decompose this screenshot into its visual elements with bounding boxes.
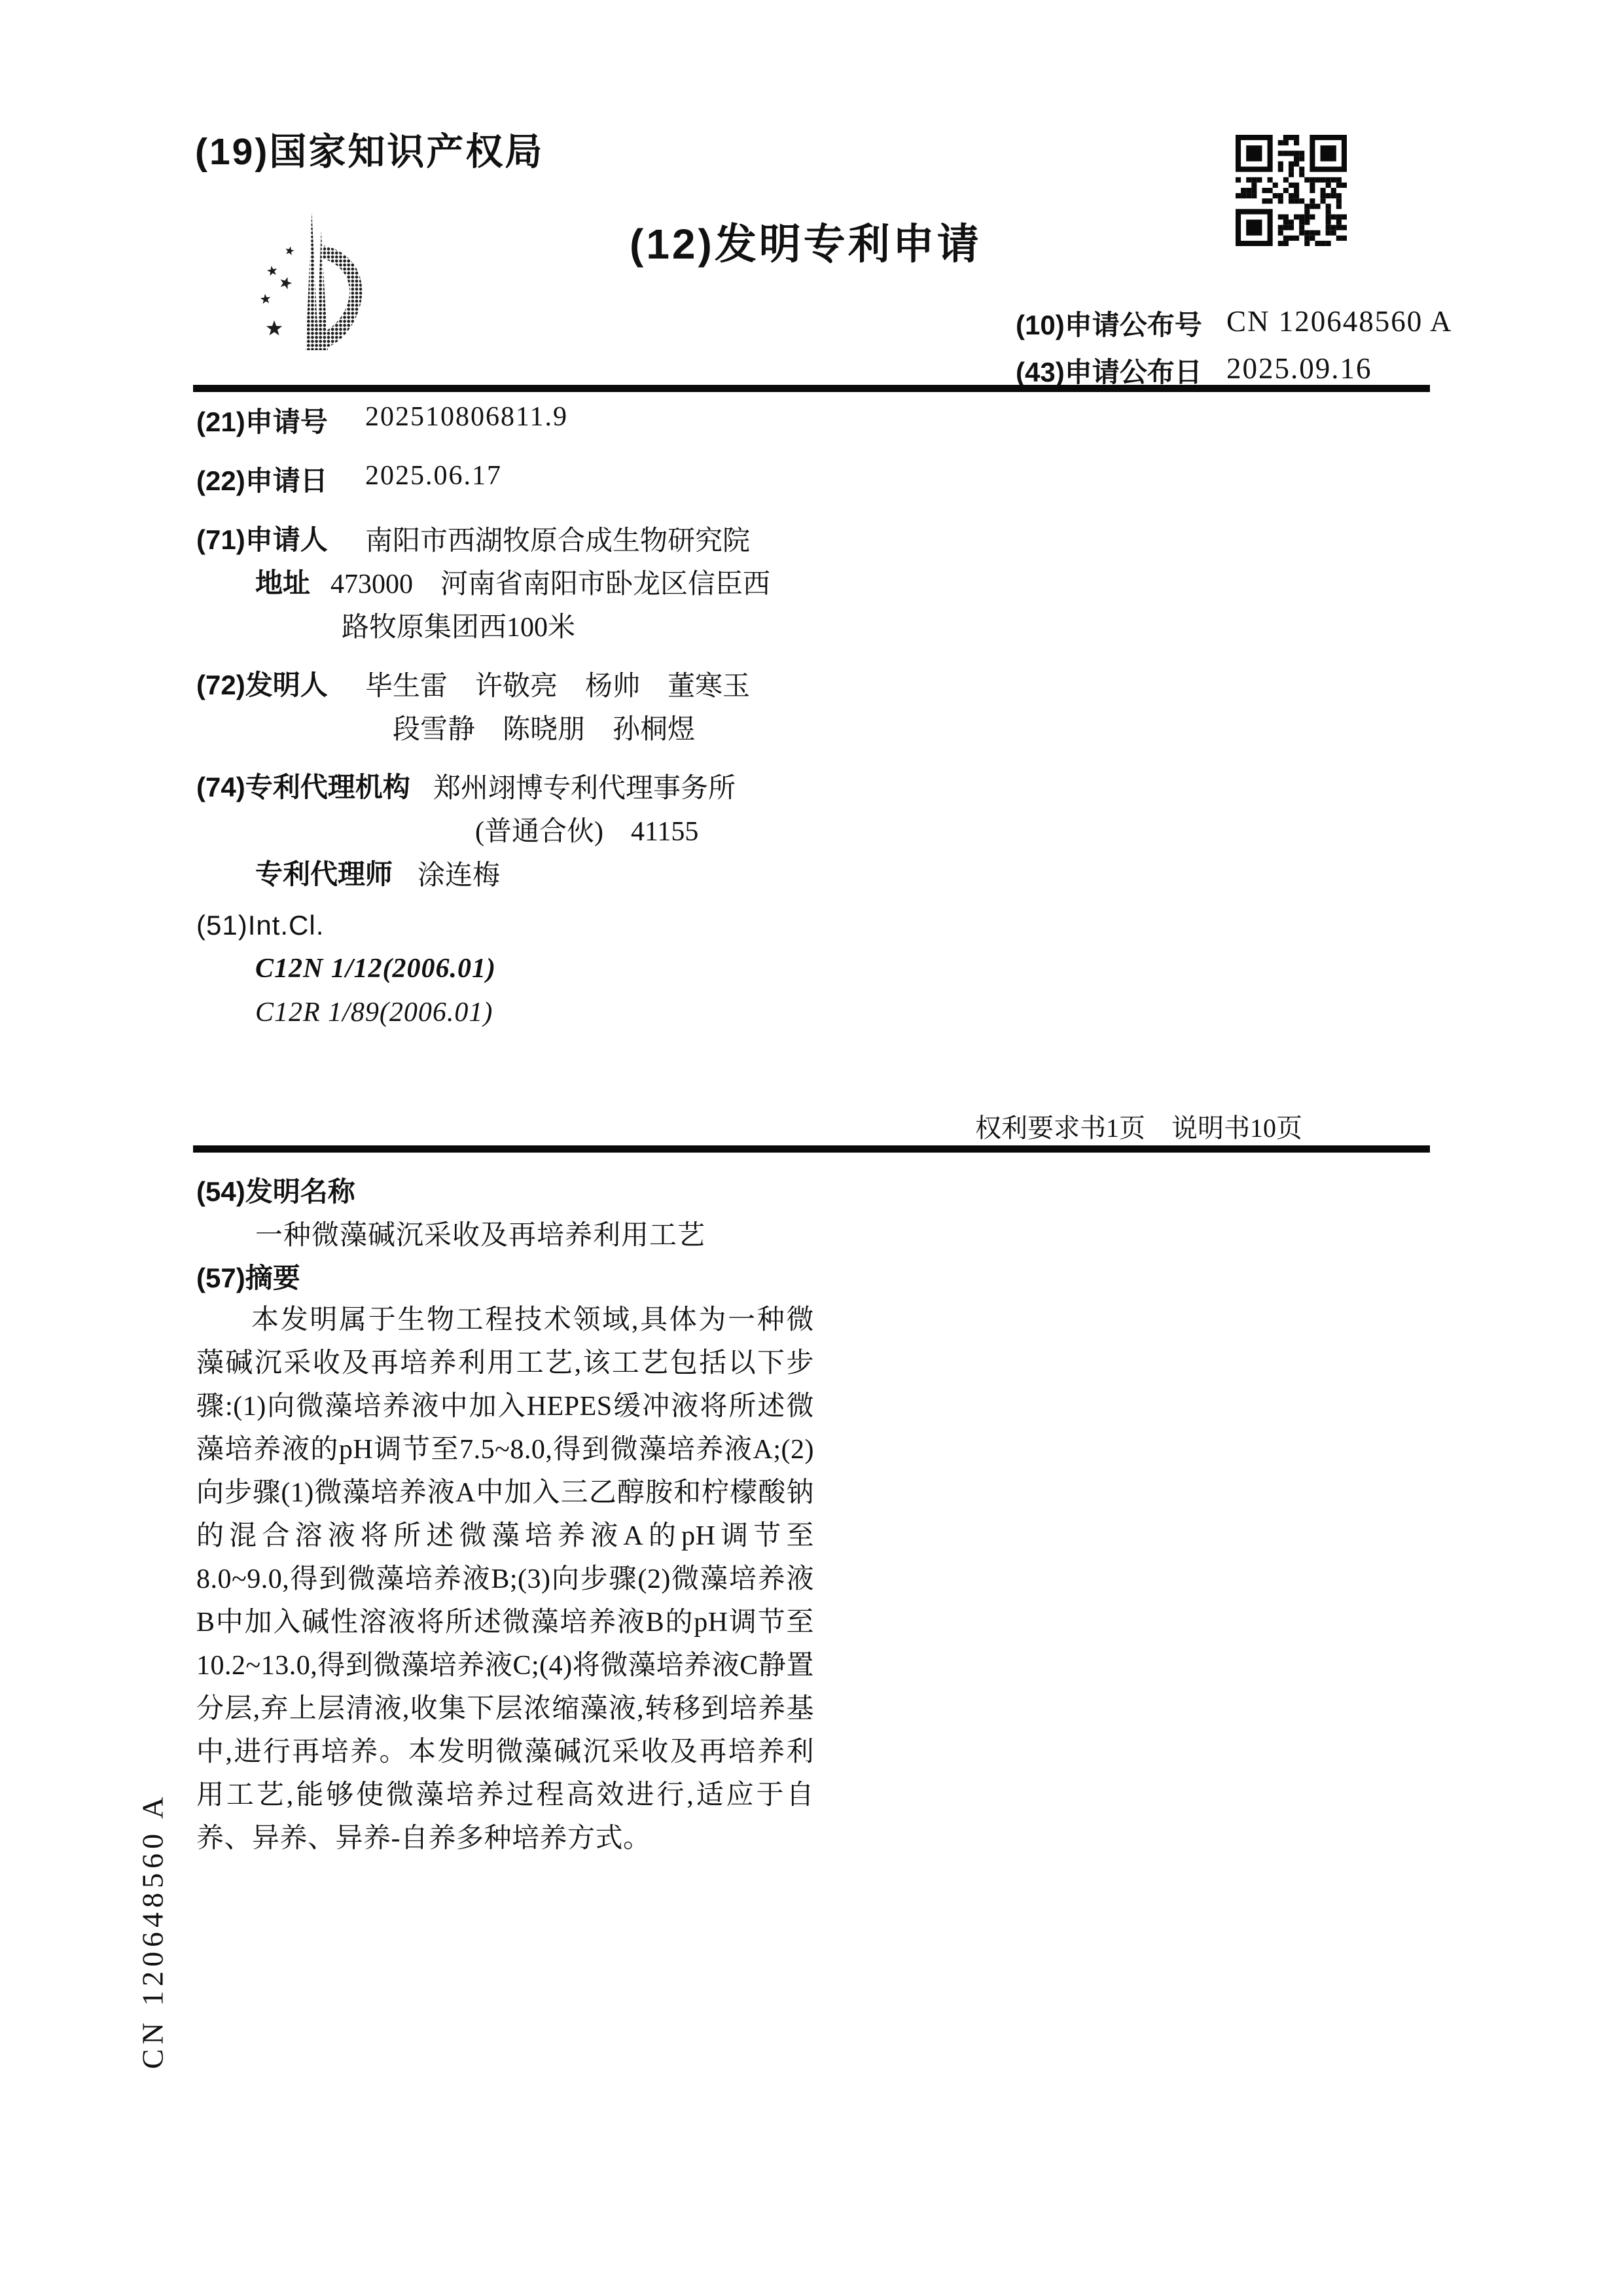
applicant-address-row: 地址 473000 河南省南阳市卧龙区信臣西 <box>255 562 310 601</box>
filing-date-value: 2025.06.17 <box>365 460 502 492</box>
pub-date-row: (43)申请公布日 2025.09.16 <box>1016 351 1202 390</box>
agency-label: (74)专利代理机构 <box>196 772 410 802</box>
agent-label: 专利代理师 <box>255 859 393 889</box>
inventors-label: (72)发明人 <box>196 670 328 700</box>
address-value-line1: 473000 河南省南阳市卧龙区信臣西 <box>330 562 770 601</box>
intcl-entry: C12N 1/12(2006.01) <box>255 953 496 984</box>
filing-date-row: (22)申请日 2025.06.17 <box>196 459 328 499</box>
applicant-name: 南阳市西湖牧原合成生物研究院 <box>365 519 750 558</box>
inventors-line1: 毕生雷 许敬亮 杨帅 董寒玉 <box>365 664 750 704</box>
cnipa-logo-icon <box>254 211 375 351</box>
agent-name: 涂连梅 <box>418 853 500 893</box>
address-label: 地址 <box>255 567 310 598</box>
abstract-text: 本发明属于生物工程技术领域,具体为一种微藻碱沉采收及再培养利用工艺,该工艺包括以… <box>196 1299 814 1860</box>
abstract-label: (57)摘要 <box>196 1257 300 1296</box>
office-name: (19)国家知识产权局 <box>195 122 544 175</box>
invention-title-label: (54)发明名称 <box>196 1170 355 1210</box>
header-divider <box>193 385 1430 392</box>
address-value-line2: 路牧原集团西100米 <box>342 605 575 645</box>
qr-code <box>1236 135 1347 246</box>
applicant-row: (71)申请人 南阳市西湖牧原合成生物研究院 <box>196 518 328 558</box>
pub-number-label: (10)申请公布号 <box>1016 310 1202 340</box>
application-number-value: 202510806811.9 <box>365 401 568 433</box>
pub-date-value: 2025.09.16 <box>1226 351 1372 386</box>
agency-row: (74)专利代理机构 郑州翊博专利代理事务所 <box>196 766 410 805</box>
vertical-pub-number: CN 120648560 A <box>135 1793 170 2070</box>
intcl-label: (51)Int.Cl. <box>196 910 324 941</box>
pub-date-label: (43)申请公布日 <box>1016 357 1202 387</box>
document-type-title: (12)发明专利申请 <box>630 211 982 271</box>
section-divider <box>193 1145 1430 1153</box>
patent-front-page: (19)国家知识产权局 (12)发明专利申请 (10)申请公布号 CN 1206… <box>0 0 1623 2296</box>
inventors-row: (72)发明人 毕生雷 许敬亮 杨帅 董寒玉 <box>196 664 328 703</box>
pub-number-row: (10)申请公布号 CN 120648560 A <box>1016 304 1202 343</box>
invention-title: 一种微藻碱沉采收及再培养利用工艺 <box>255 1213 705 1253</box>
application-number-label: (21)申请号 <box>196 406 328 437</box>
filing-date-label: (22)申请日 <box>196 465 328 496</box>
pages-info: 权利要求书1页 说明书10页 <box>975 1107 1302 1145</box>
applicant-label: (71)申请人 <box>196 524 328 555</box>
agency-name: 郑州翊博专利代理事务所 <box>433 766 736 806</box>
intcl-entry: C12R 1/89(2006.01) <box>255 997 493 1028</box>
pub-number-value: CN 120648560 A <box>1226 304 1453 338</box>
agent-row: 专利代理师 涂连梅 <box>255 853 393 892</box>
agency-detail: (普通合伙) 41155 <box>475 810 698 849</box>
application-number-row: (21)申请号 202510806811.9 <box>196 401 328 440</box>
inventors-line2: 段雪静 陈晓朋 孙桐煜 <box>393 708 695 747</box>
